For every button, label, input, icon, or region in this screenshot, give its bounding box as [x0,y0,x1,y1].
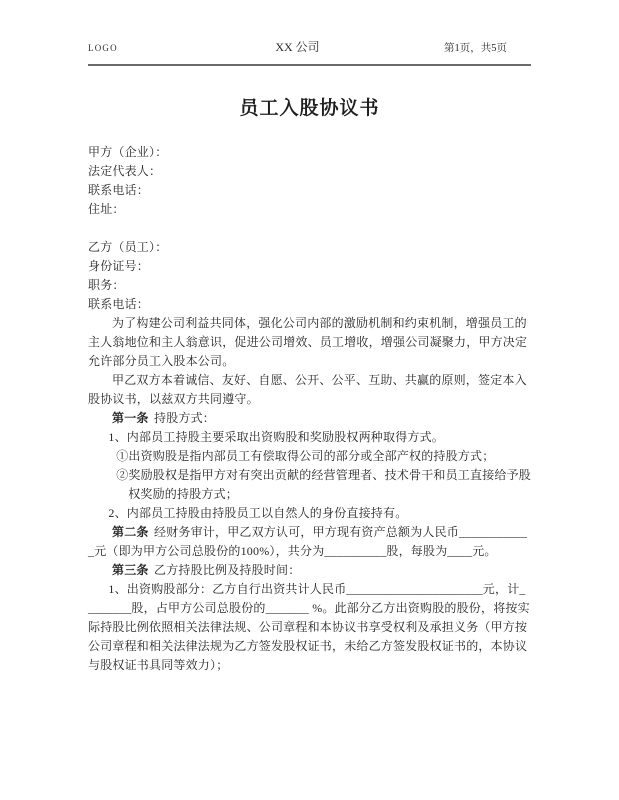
article-3-heading: 第三条乙方持股比例及持股时间： [88,561,531,580]
document-body: 甲方（企业）： 法定代表人： 联系电话： 住址： 乙方（员工）： 身份证号： 职… [88,143,531,675]
article-1-item-1-sub-1: ①出资购股是指内部员工有偿取得公司的部分或全部产权的持股方式； [88,447,531,466]
article-1-label: 第一条 [112,411,149,425]
article-1-item-2: 2、内部员工持股由持股员工以自然人的身份直接持有。 [88,504,531,523]
preamble-paragraph-1: 为了构建公司利益共同体，强化公司内部的激励机制和约束机制，增强员工的主人翁地位和… [88,314,531,371]
field-address-party-a: 住址： [88,200,531,219]
article-1-heading: 第一条持股方式： [88,409,531,428]
field-id-number: 身份证号： [88,257,531,276]
logo: LOGO [88,43,228,53]
field-position: 职务： [88,276,531,295]
article-2-label: 第二条 [112,525,149,539]
field-party-b: 乙方（员工）： [88,238,531,257]
article-3-item-1: 1、出资购股部分：乙方自行出资共计人民币____________________… [88,580,531,675]
article-1-item-1: 1、内部员工持股主要采取出资购股和奖励股权两种取得方式。 [88,428,531,447]
article-3-heading-text: 乙方持股比例及持股时间： [154,563,300,577]
page-header: LOGO XX 公司 第1页，共5页 [88,0,531,66]
company-name: XX 公司 [228,38,368,55]
field-party-a: 甲方（企业）： [88,143,531,162]
page-indicator: 第1页，共5页 [367,40,531,55]
document-page: LOGO XX 公司 第1页，共5页 员工入股协议书 甲方（企业）： 法定代表人… [0,0,619,800]
field-phone-party-b: 联系电话： [88,295,531,314]
article-2-paragraph: 第二条经财务审计，甲乙双方认可，甲方现有资产总额为人民币____________… [88,523,531,561]
article-1-item-1-sub-2: ②奖励股权是指甲方对有突出贡献的经营管理者、技术骨干和员工直接给予股权奖励的持股… [88,466,531,504]
field-phone-party-a: 联系电话： [88,181,531,200]
article-2-text: 经财务审计，甲乙双方认可，甲方现有资产总额为人民币____________元（即… [88,525,527,558]
article-3-label: 第三条 [112,563,149,577]
article-1-heading-text: 持股方式： [154,411,215,425]
preamble-paragraph-2: 甲乙双方本着诚信、友好、自愿、公开、公平、互助、共赢的原则，签定本入股协议书，以… [88,371,531,409]
field-legal-representative: 法定代表人： [88,162,531,181]
document-title: 员工入股协议书 [88,93,531,120]
